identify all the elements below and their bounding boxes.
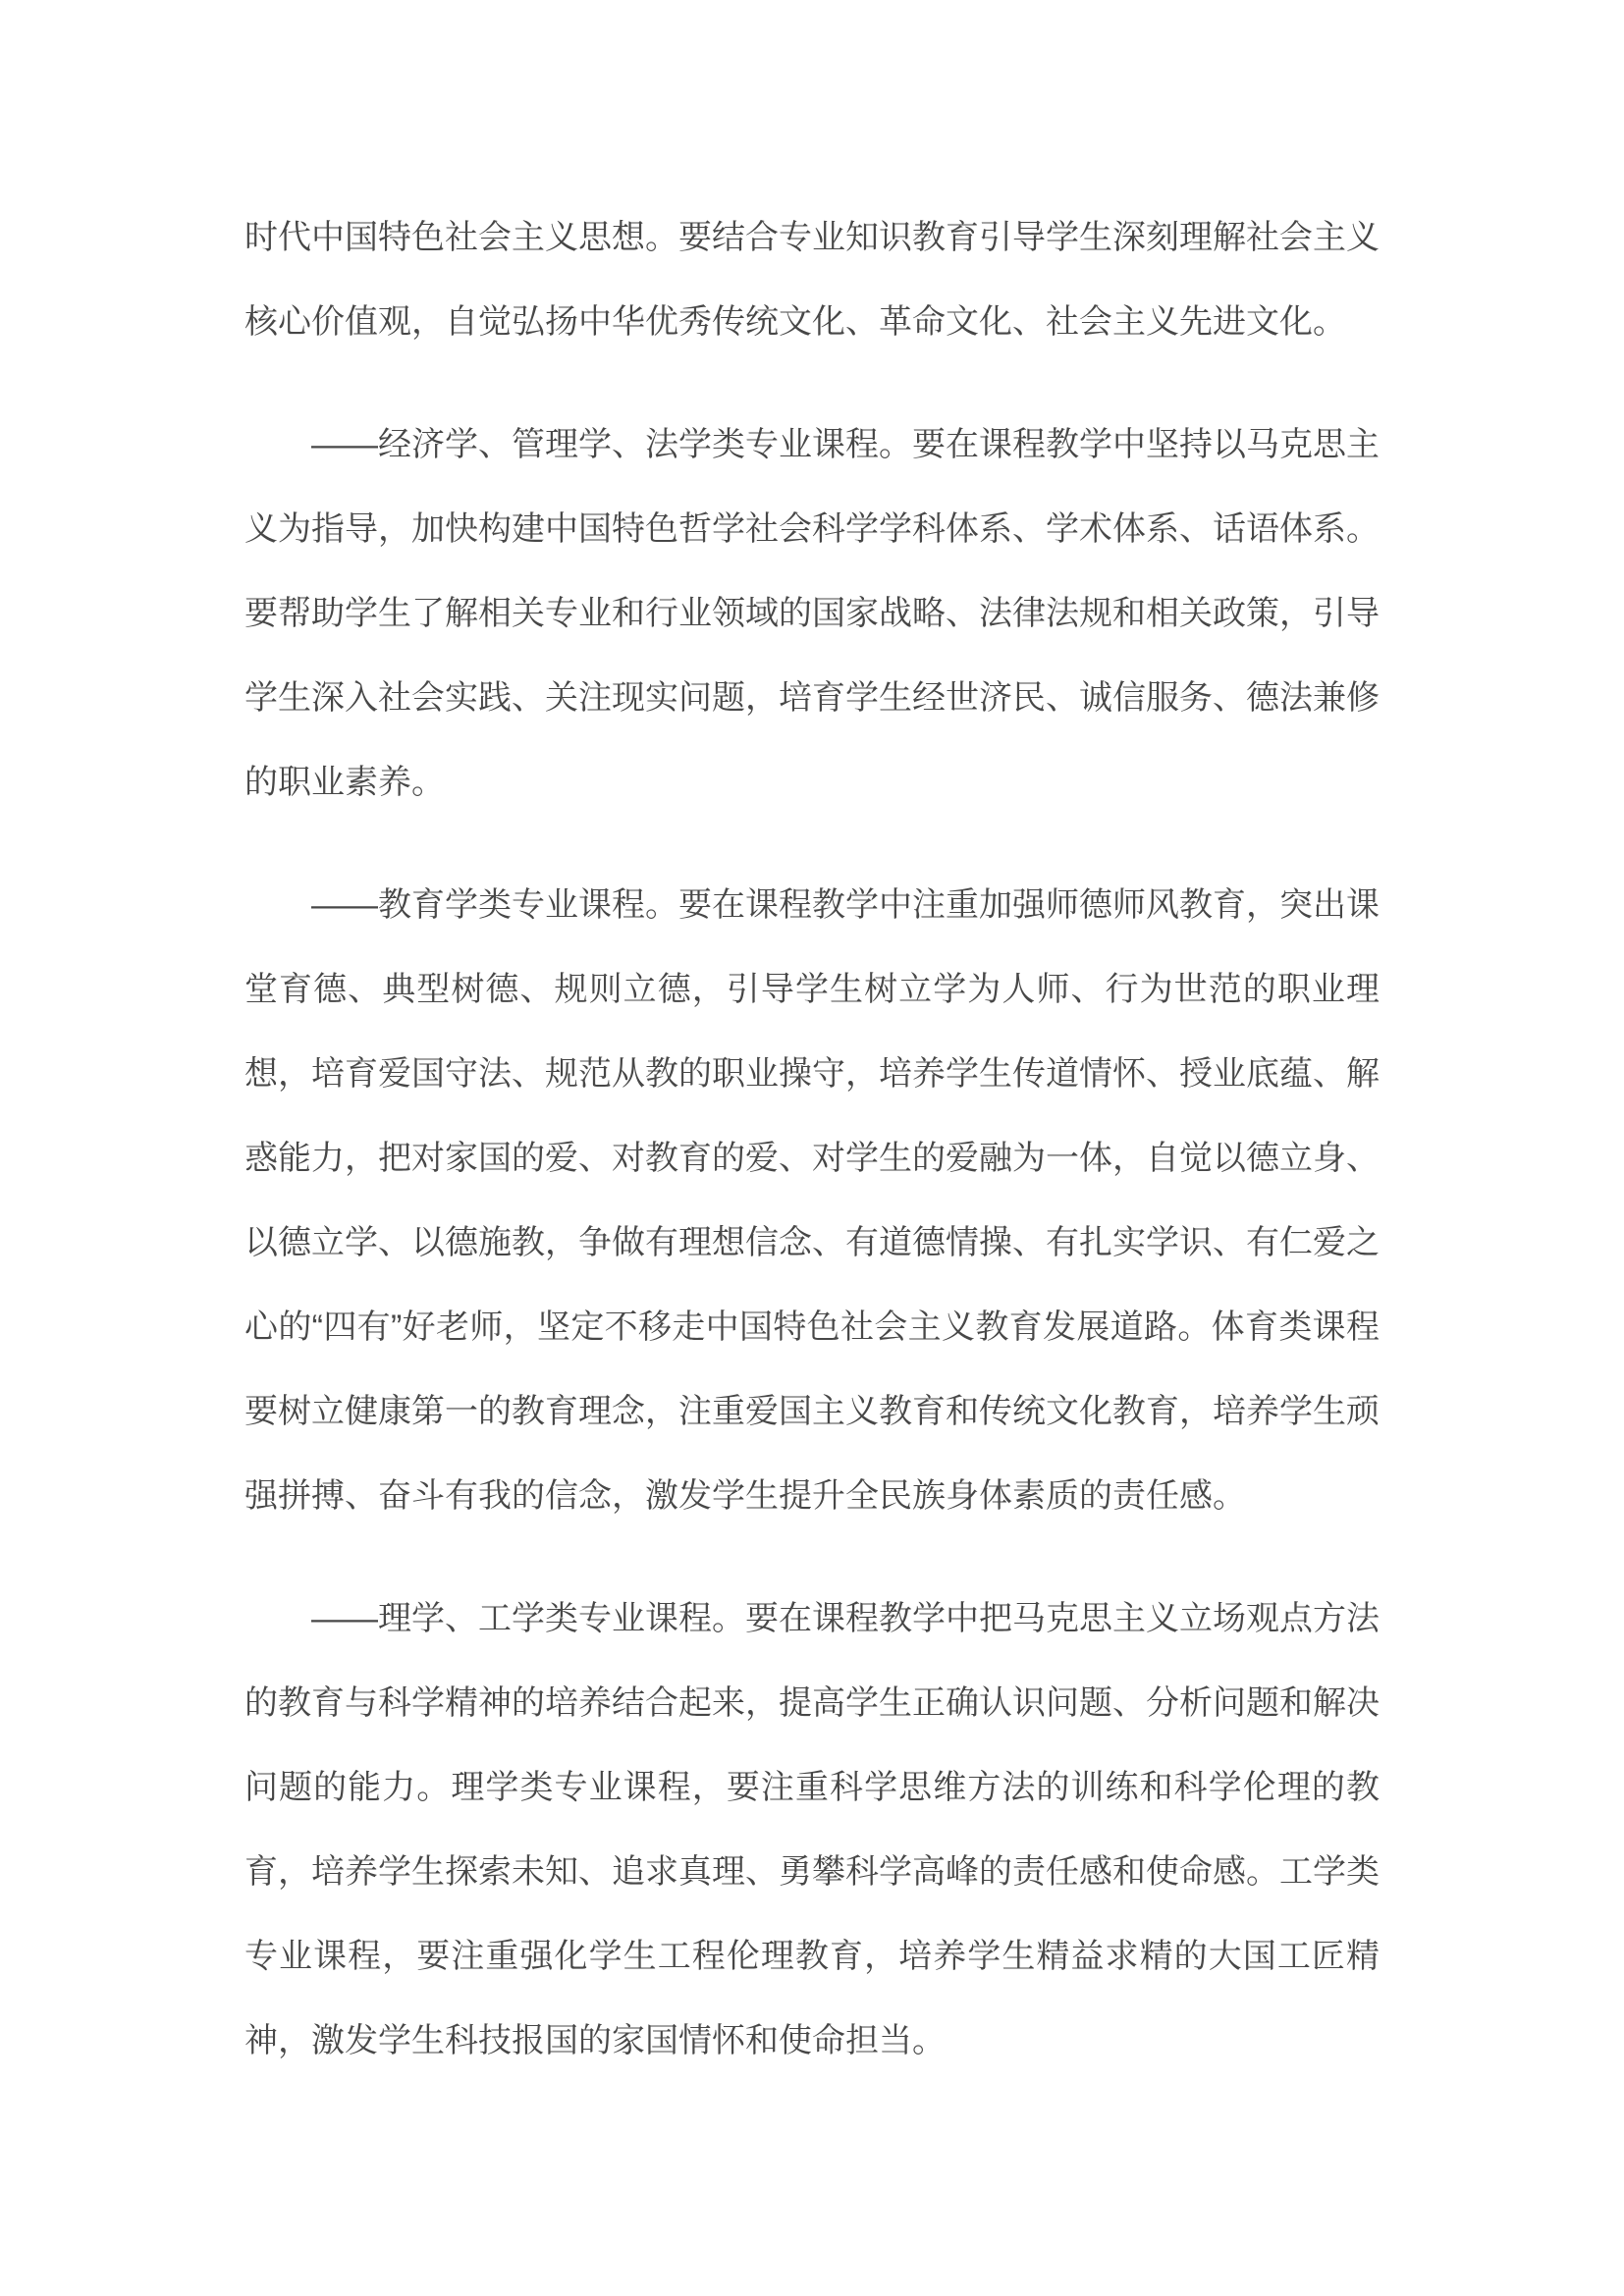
- paragraph-2: ——经济学、管理学、法学类专业课程。要在课程教学中坚持以马克思主义为指导，加快构…: [244, 402, 1380, 825]
- document-page: 时代中国特色社会主义思想。要结合专业知识教育引导学生深刻理解社会主义核心价值观，…: [0, 0, 1624, 2296]
- paragraph-3: ——教育学类专业课程。要在课程教学中注重加强师德师风教育，突出课堂育德、典型树德…: [244, 863, 1380, 1538]
- paragraph-4: ——理学、工学类专业课程。要在课程教学中把马克思主义立场观点方法的教育与科学精神…: [244, 1576, 1380, 2083]
- paragraph-1: 时代中国特色社会主义思想。要结合专业知识教育引导学生深刻理解社会主义核心价值观，…: [244, 195, 1380, 364]
- document-body: 时代中国特色社会主义思想。要结合专业知识教育引导学生深刻理解社会主义核心价值观，…: [244, 195, 1380, 2121]
